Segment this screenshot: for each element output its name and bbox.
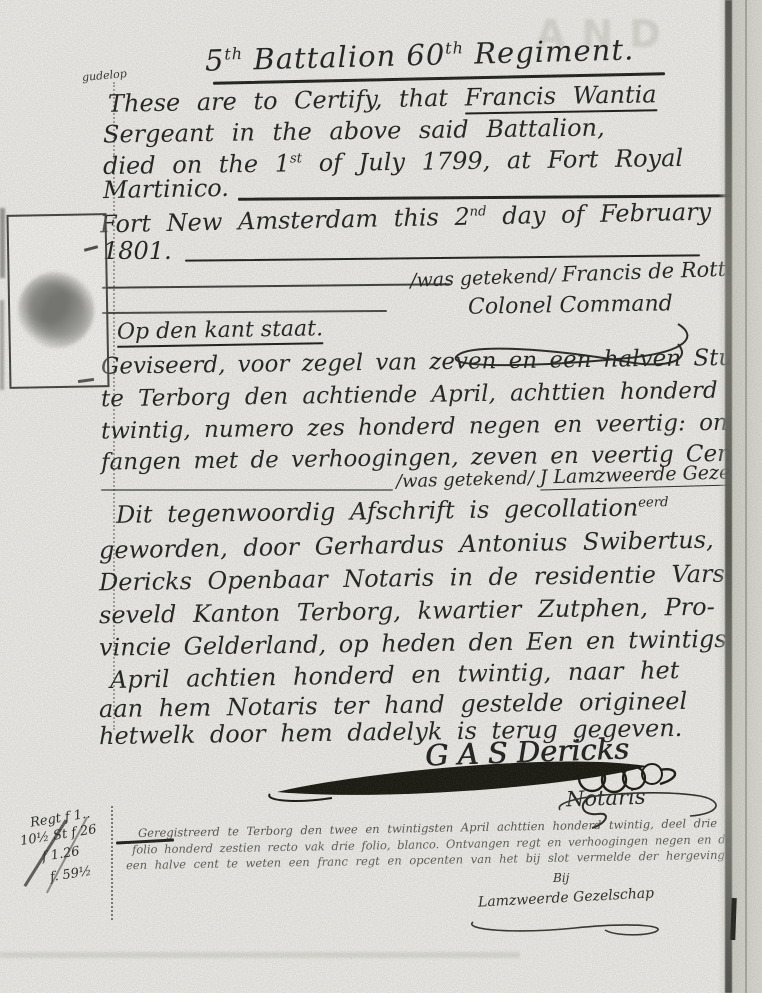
title-superscript: th	[445, 38, 464, 57]
was-getekend-text: /was getekend/	[410, 265, 556, 292]
date-superscript: nd	[469, 204, 486, 219]
vise-line: twintig, numero zes honderd negen en vee…	[101, 411, 745, 445]
title-text: Regiment.	[464, 32, 635, 70]
certify-text: These are to Certify, that	[108, 84, 465, 118]
place-date-line: Fort New Amsterdam this 2nd day of Febru…	[100, 199, 712, 238]
title-text: Battalion 60	[243, 37, 446, 76]
title-superscript: th	[224, 44, 243, 63]
registration-bij: Bij	[553, 872, 569, 885]
collation-line: seveld Kanton Terborg, kwartier Zutphen,…	[99, 594, 715, 629]
ruled-line	[102, 310, 387, 314]
collation-text: Dit tegenwoordig Afschrift is gecollatio…	[116, 494, 639, 529]
scan-streak	[0, 952, 520, 958]
commander-rank: Colonel Command	[468, 292, 673, 320]
certify-text: of July 1799, at Fort Royal	[319, 144, 684, 177]
collation-line: Dericks Openbaar Notaris in de residenti…	[99, 561, 733, 596]
ink-smudge	[0, 300, 4, 390]
place-text: Fort New Amsterdam this 2	[100, 203, 470, 239]
collation-line: Dit tegenwoordig Afschrift is gecollatio…	[116, 494, 669, 528]
seal-box	[6, 213, 109, 389]
ruled-line	[101, 489, 393, 491]
certify-line: These are to Certify, that Francis Wanti…	[108, 81, 657, 117]
ruled-line	[102, 283, 450, 289]
collation-line: geworden, door Gerhardus Antonius Swiber…	[99, 527, 714, 564]
title-text: 5	[205, 43, 225, 77]
annotation-heading-text: Op den kant staat.	[117, 316, 323, 348]
commander-signed-line: /was getekend/ Francis de Rottenburg	[410, 255, 762, 292]
soldier-name: Francis Wantia	[464, 80, 656, 114]
vise-line: Geviseerd, voor zegel van zeven en een h…	[101, 345, 762, 380]
year-line: 1801.	[103, 238, 172, 264]
corner-scribble: gudelop	[82, 68, 128, 84]
date-superscript: st	[290, 151, 302, 166]
annotation-heading: Op den kant staat.	[117, 317, 323, 345]
document-title: 5th Battalion 60th Regiment.	[205, 34, 635, 77]
margin-dotted-line	[111, 806, 113, 920]
place-text: day of February	[502, 198, 712, 230]
registration-signature: Lamzweerde Gezelschap	[478, 886, 655, 911]
certify-line: Sergeant in the above said Battalion,	[103, 114, 605, 147]
ink-smudge	[0, 208, 5, 278]
page-edge-thin-line	[745, 0, 747, 993]
seal-impression	[17, 271, 94, 348]
notary-title: Notaris	[566, 786, 646, 812]
vise-line: te Terborg den achtiende April, achttien…	[101, 379, 718, 413]
page-edge-shadow-line	[725, 0, 732, 993]
collation-superscript: eerd	[638, 495, 669, 510]
notary-signature: G A S Dericks	[425, 733, 630, 772]
certify-line: Martinico.	[103, 175, 229, 204]
scanned-document-page: AND gudelop 5th Battalion 60th Regiment.…	[0, 0, 762, 993]
was-getekend-text: /was getekend/	[396, 468, 534, 493]
